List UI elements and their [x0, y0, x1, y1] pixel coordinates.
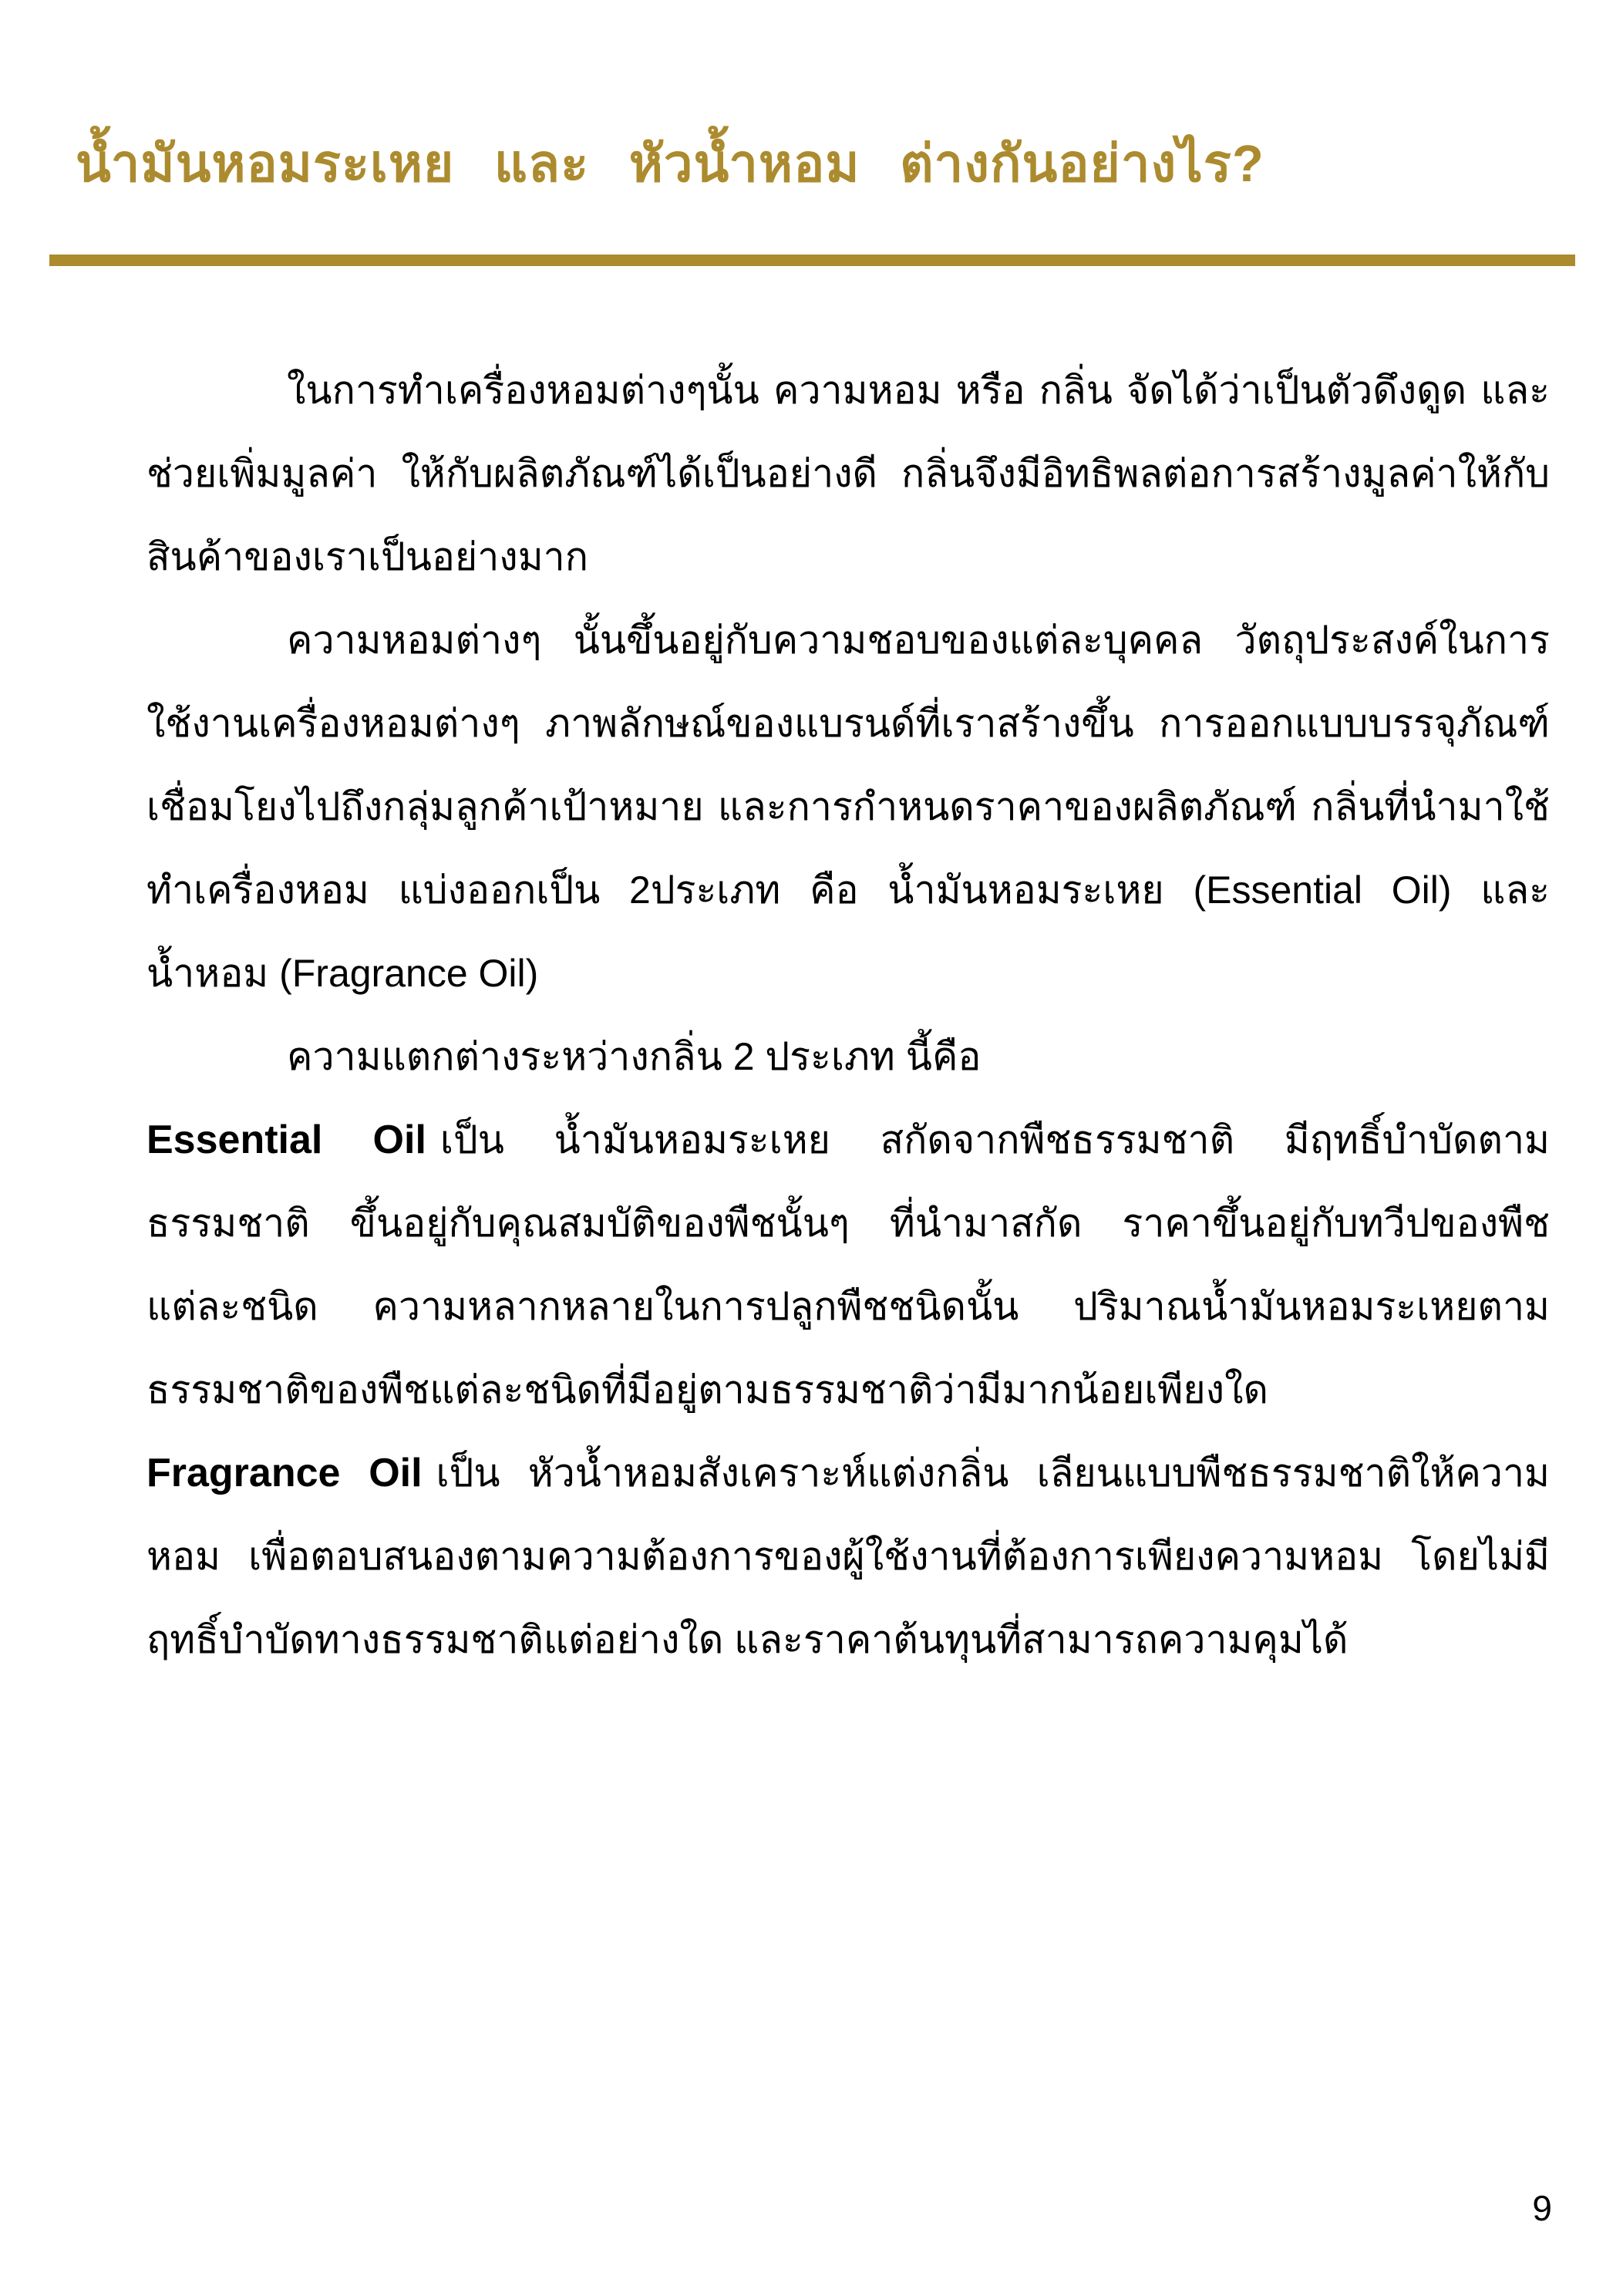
paragraph-essential-oil: Essential Oilเป็น น้ำมันหอมระเหย สกัดจาก…	[146, 1098, 1550, 1431]
fragrance-oil-term: Fragrance Oil	[146, 1451, 423, 1495]
paragraph-fragrance-types: ความหอมต่างๆ นั้นขึ้นอยู่กับความชอบของแต…	[146, 598, 1550, 1015]
page-number: 9	[1532, 2187, 1552, 2229]
paragraph-text: ความแตกต่างระหว่างกลิ่น 2 ประเภท นี้คือ	[287, 1035, 981, 1078]
essential-oil-term: Essential Oil	[146, 1118, 426, 1162]
paragraph-text: ความหอมต่างๆ นั้นขึ้นอยู่กับความชอบของแต…	[146, 619, 1550, 995]
title-divider	[49, 255, 1575, 266]
paragraph-difference-lead-in: ความแตกต่างระหว่างกลิ่น 2 ประเภท นี้คือ	[146, 1015, 1550, 1098]
paragraph-intro: ในการทำเครื่องหอมต่างๆนั้น ความหอม หรือ …	[146, 349, 1550, 598]
paragraph-fragrance-oil: Fragrance Oilเป็น หัวน้ำหอมสังเคราะห์แต่…	[146, 1431, 1550, 1681]
paragraph-text: ในการทำเครื่องหอมต่างๆนั้น ความหอม หรือ …	[146, 369, 1550, 578]
paragraph-text: เป็น น้ำมันหอมระเหย สกัดจากพืชธรรมชาติ ม…	[146, 1118, 1550, 1411]
body-text: ในการทำเครื่องหอมต่างๆนั้น ความหอม หรือ …	[146, 349, 1550, 1681]
document-page: น้ำมันหอมระเหย และ หัวน้ำหอม ต่างกันอย่า…	[0, 0, 1623, 2296]
page-title: น้ำมันหอมระเหย และ หัวน้ำหอม ต่างกันอย่า…	[76, 122, 1264, 204]
